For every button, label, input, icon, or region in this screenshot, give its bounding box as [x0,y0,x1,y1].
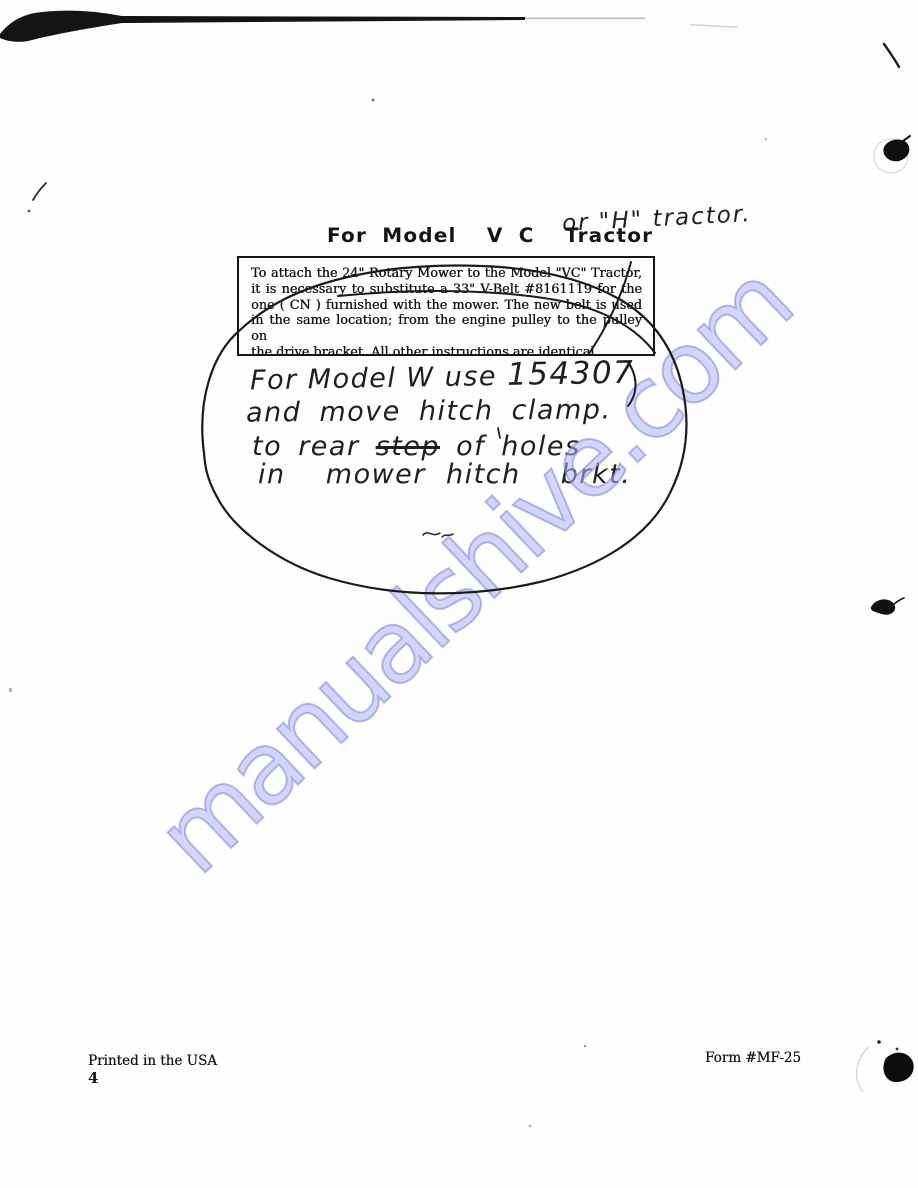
ink-blob-tail [903,136,910,141]
note-text: For Model W use [250,361,508,396]
blob-halo-arc [857,1047,869,1092]
comma-blob-tail [894,598,904,604]
ink-speck [765,138,768,141]
notice-line: To attach the 24" Rotary Mower to the Mo… [251,266,642,282]
ink-blob-bottom [883,1053,913,1082]
faint-mark [9,688,12,692]
notice-line: it is necessary to substitute a 33" V-Be… [251,282,642,298]
notice-line: one ( CN ) furnished with the mower. The… [251,298,642,314]
printed-in-usa-label: Printed in the USA [88,1053,217,1069]
notice-box: To attach the 24" Rotary Mower to the Mo… [237,256,655,356]
scan-edge-faint-line [690,24,738,28]
ink-speck [877,1040,881,1044]
struck-word: step [376,431,440,462]
ink-blob [883,140,909,162]
notice-line: in the same location; from the engine pu… [251,313,642,345]
ink-speck [28,210,31,213]
pen-slash-left [33,183,46,200]
handwritten-title-note: or "H" tractor. [561,201,752,237]
scan-edge-artifact [0,11,525,42]
ink-speck [529,1125,532,1128]
scanned-manual-page: manualshive.com For Model V C Tractor or… [0,0,918,1188]
ink-speck [584,1045,587,1048]
pen-slash-mark [884,44,899,67]
note-text: to rear [252,431,376,462]
page-number: 4 [88,1069,98,1087]
ink-speck [372,99,375,102]
ink-speck [896,1048,899,1051]
blob-halo [874,139,908,173]
scan-edge-faint-line [525,18,645,20]
comma-blob [871,599,895,614]
form-number-label: Form #MF-25 [705,1050,801,1066]
